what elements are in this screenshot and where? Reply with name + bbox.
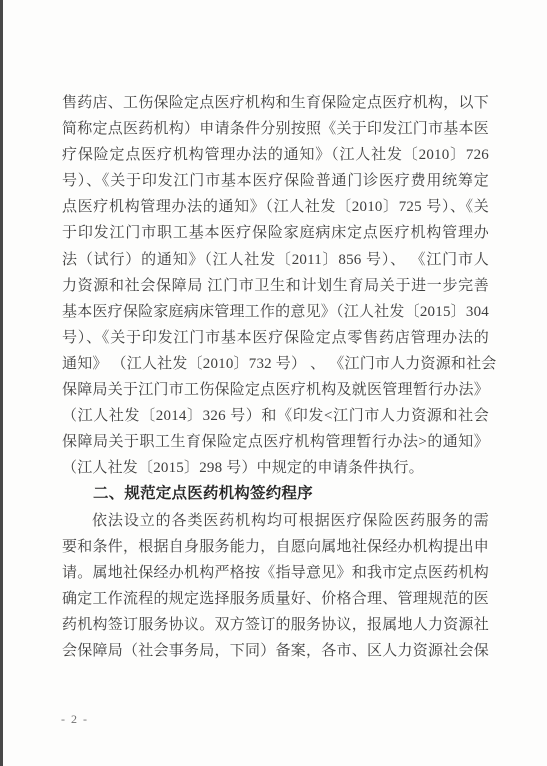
section-heading: 二、规范定点医药机构签约程序 xyxy=(62,481,489,507)
page-number: - 2 - xyxy=(61,712,89,727)
text-line: 法（试行）的通知》（江人社发〔2011〕856 号）、 《江门市人 xyxy=(62,247,489,273)
text-line: 点医疗机构管理办法的通知》（江人社发〔2010〕725 号）、《关 xyxy=(62,194,489,220)
document-page: 售药店、工伤保险定点医疗机构和生育保险定点医疗机构，以下简称定点医药机构）申请条… xyxy=(0,0,547,766)
text-line: （江人社发〔2015〕298 号）中规定的申请条件执行。 xyxy=(62,455,489,481)
text-line: 保障局关于江门市工伤保险定点医疗机构及就医管理暂行办法》 xyxy=(62,377,489,403)
body-text: 售药店、工伤保险定点医疗机构和生育保险定点医疗机构，以下简称定点医药机构）申请条… xyxy=(62,90,489,664)
text-line: 依法设立的各类医药机构均可根据医疗保险医药服务的需 xyxy=(62,508,489,534)
text-line: 简称定点医药机构）申请条件分别按照《关于印发江门市基本医 xyxy=(62,116,489,142)
text-line: 确定工作流程的规定选择服务质量好、价格合理、管理规范的医 xyxy=(62,586,489,612)
text-line: 疗保险定点医疗机构管理办法的通知》（江人社发〔2010〕726 xyxy=(62,142,489,168)
text-line: 会保障局（社会事务局，下同）备案，各市、区人力资源社会保 xyxy=(62,638,489,664)
text-line: 要和条件，根据自身服务能力，自愿向属地社保经办机构提出申 xyxy=(62,534,489,560)
text-line: 保障局关于职工生育保险定点医疗机构管理暂行办法>的通知》 xyxy=(62,429,489,455)
text-line: 号）、《关于印发江门市基本医疗保险定点零售药店管理办法的 xyxy=(62,325,489,351)
text-line: 药机构签订服务协议。双方签订的服务协议，报属地人力资源社 xyxy=(62,612,489,638)
text-line: 售药店、工伤保险定点医疗机构和生育保险定点医疗机构，以下 xyxy=(62,90,489,116)
text-line: 基本医疗保险家庭病床管理工作的意见》（江人社发〔2015〕304 xyxy=(62,299,489,325)
text-line: （江人社发〔2014〕326 号）和《印发<江门市人力资源和社会 xyxy=(62,403,489,429)
text-line: 通知》 （江人社发〔2010〕732 号） 、 《江门市人力资源和社会 xyxy=(62,351,489,377)
text-line: 力资源和社会保障局 江门市卫生和计划生育局关于进一步完善 xyxy=(62,273,489,299)
scan-edge-strip xyxy=(0,0,3,766)
text-line: 号）、《关于印发江门市基本医疗保险普通门诊医疗费用统筹定 xyxy=(62,168,489,194)
text-line: 于印发江门市职工基本医疗保险家庭病床定点医疗机构管理办 xyxy=(62,220,489,246)
text-line: 请。属地社保经办机构严格按《指导意见》和我市定点医药机构 xyxy=(62,560,489,586)
